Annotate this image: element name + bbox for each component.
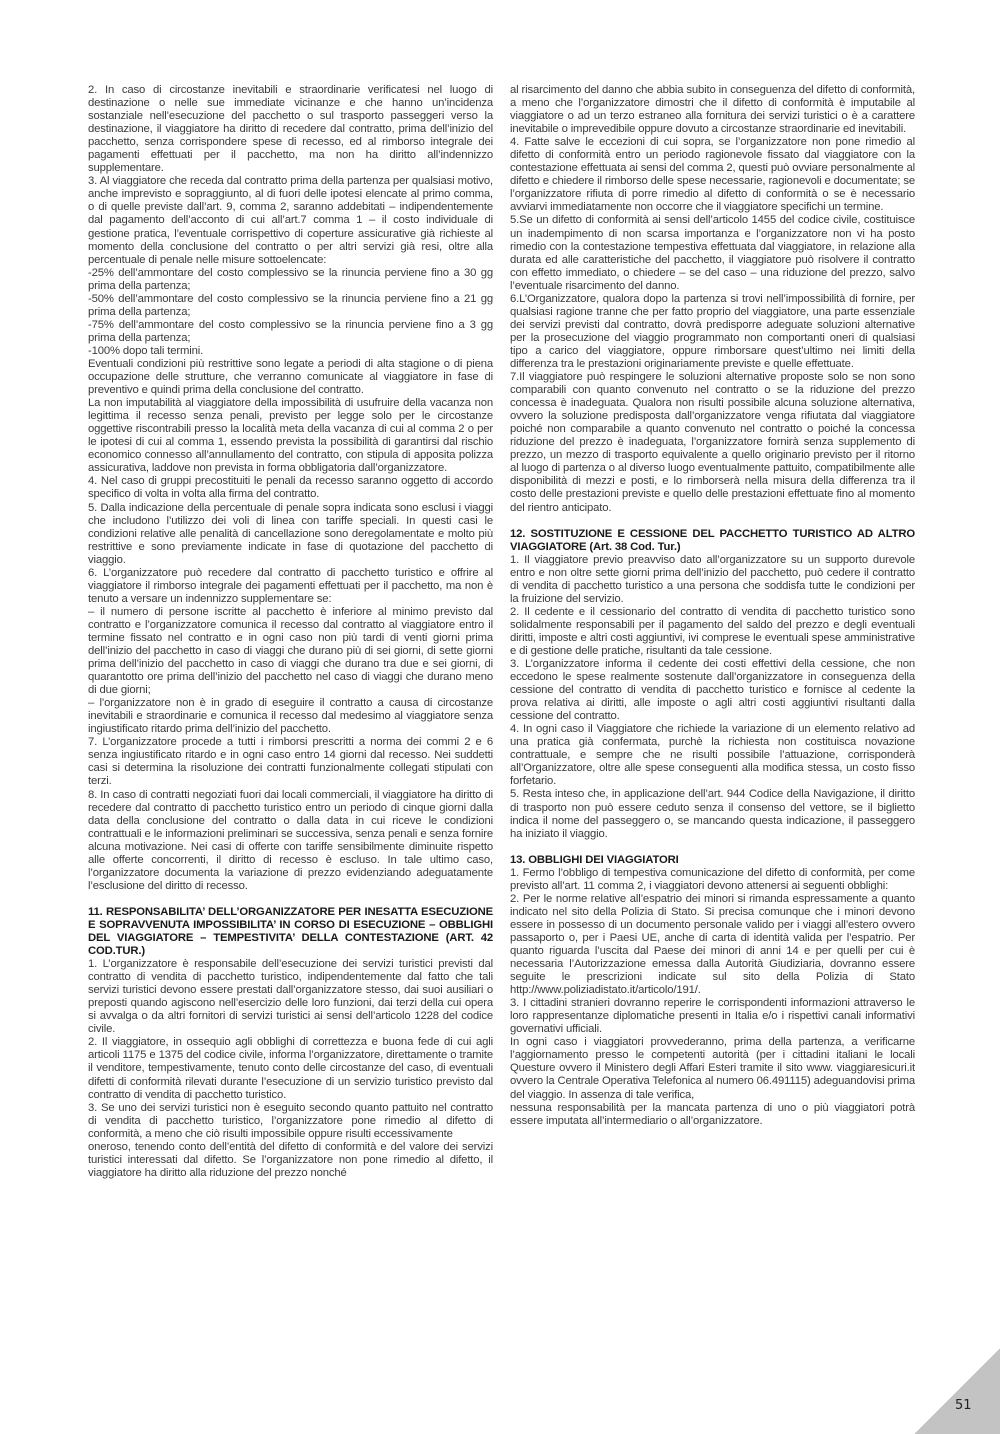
paragraph: 6.L’Organizzatore, qualora dopo la parte… (510, 293, 915, 371)
paragraph: -100% dopo tali termini. (88, 345, 493, 358)
paragraph: 3. Al viaggiatore che receda dal contrat… (88, 175, 493, 266)
left-column: 2. In caso di circostanze inevitabili e … (88, 84, 493, 1180)
paragraph: 2. Il cedente e il cessionario del contr… (510, 606, 915, 658)
spacer (510, 841, 915, 854)
paragraph: 3. L’organizzatore informa il cedente de… (510, 658, 915, 723)
paragraph: Eventuali condizioni più restrittive son… (88, 358, 493, 397)
right-paragraphs-b: 1. Il viaggiatore previo preavviso dato … (510, 554, 915, 841)
page-corner-decoration (914, 1348, 1000, 1434)
paragraph: 3. Se uno dei servizi turistici non è es… (88, 1102, 493, 1141)
paragraph: 7.Il viaggiatore può respingere le soluz… (510, 371, 915, 515)
paragraph: 1. L’organizzatore è responsabile dell’e… (88, 958, 493, 1036)
paragraph: 4. Fatte salve le eccezioni di cui sopra… (510, 136, 915, 214)
paragraph: oneroso, tenendo conto dell’entità del d… (88, 1141, 493, 1180)
paragraph: 5. Dalla indicazione della percentuale d… (88, 502, 493, 567)
paragraph: -75% dell’ammontare del costo complessiv… (88, 319, 493, 345)
paragraph: 2. Il viaggiatore, in ossequio agli obbl… (88, 1036, 493, 1101)
paragraph: 2. Per le norme relative all’espatrio de… (510, 893, 915, 997)
paragraph: – il numero di persone iscritte al pacch… (88, 606, 493, 697)
paragraph: 4. In ogni caso il Viaggiatore che richi… (510, 723, 915, 788)
paragraph: 4. Nel caso di gruppi precostituiti le p… (88, 475, 493, 501)
spacer (88, 893, 493, 906)
paragraph: La non imputabilità al viaggiatore della… (88, 397, 493, 475)
section-11-heading: 11. RESPONSABILITA’ DELL’ORGANIZZATORE P… (88, 906, 493, 958)
paragraph: al risarcimento del danno che abbia subi… (510, 84, 915, 136)
paragraph: 5.Se un difetto di conformità ai sensi d… (510, 214, 915, 292)
right-paragraphs-a: al risarcimento del danno che abbia subi… (510, 84, 915, 515)
left-paragraphs-b: 1. L’organizzatore è responsabile dell’e… (88, 958, 493, 1180)
paragraph: 1. Fermo l’obbligo di tempestiva comunic… (510, 867, 915, 893)
paragraph: 6. L’organizzatore può recedere dal cont… (88, 567, 493, 606)
right-column: al risarcimento del danno che abbia subi… (510, 84, 915, 1128)
page-number: 51 (955, 1398, 972, 1413)
right-paragraphs-c: 1. Fermo l’obbligo di tempestiva comunic… (510, 867, 915, 1128)
paragraph: In ogni caso i viaggiatori provvederanno… (510, 1036, 915, 1101)
paragraph: 5. Resta inteso che, in applicazione del… (510, 788, 915, 840)
spacer (510, 515, 915, 528)
paragraph: 1. Il viaggiatore previo preavviso dato … (510, 554, 915, 606)
paragraph: 7. L’organizzatore procede a tutti i rim… (88, 736, 493, 788)
paragraph: 2. In caso di circostanze inevitabili e … (88, 84, 493, 175)
section-13-heading: 13. OBBLIGHI DEI VIAGGIATORI (510, 854, 915, 867)
paragraph: 3. I cittadini stranieri dovranno reperi… (510, 997, 915, 1036)
paragraph: nessuna responsabilità per la mancata pa… (510, 1102, 915, 1128)
left-paragraphs-a: 2. In caso di circostanze inevitabili e … (88, 84, 493, 893)
paragraph: -25% dell’ammontare del costo complessiv… (88, 267, 493, 293)
paragraph: – l’organizzatore non è in grado di eseg… (88, 697, 493, 736)
paragraph: -50% dell’ammontare del costo complessiv… (88, 293, 493, 319)
paragraph: 8. In caso di contratti negoziati fuori … (88, 789, 493, 893)
section-12-heading: 12. SOSTITUZIONE E CESSIONE DEL PACCHETT… (510, 528, 915, 554)
